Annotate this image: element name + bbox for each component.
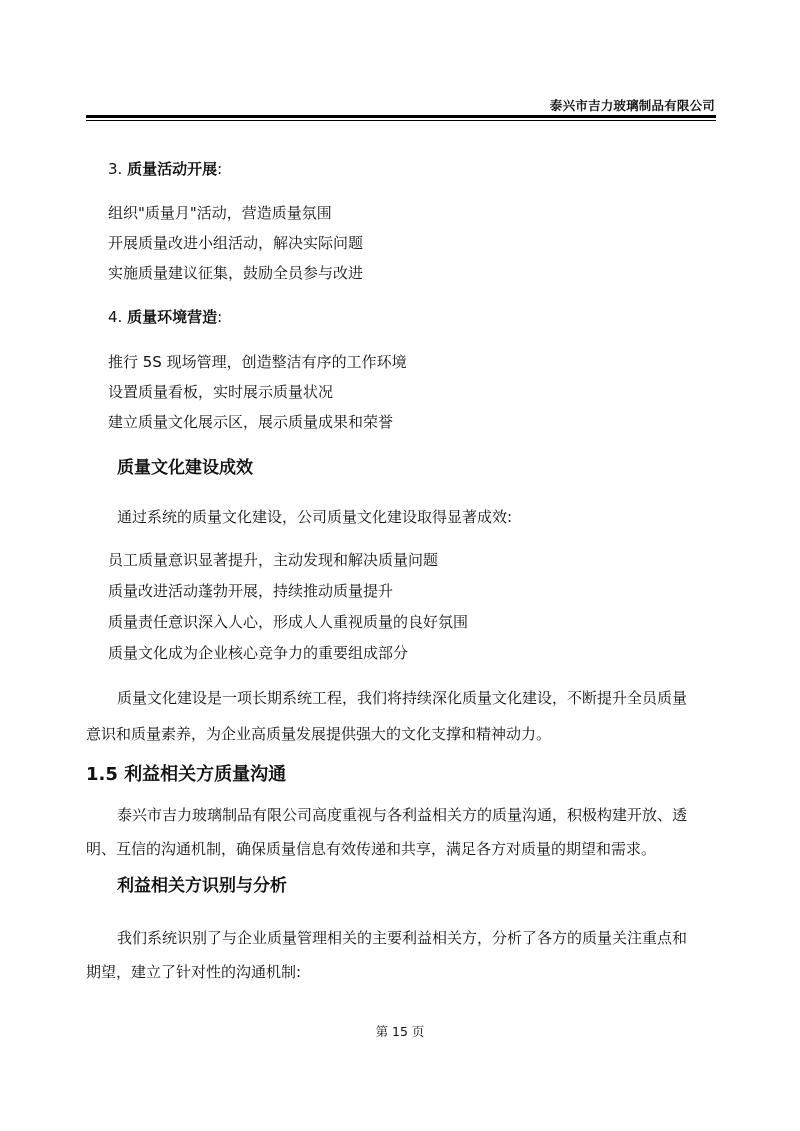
- section-3-item: 开展质量改进小组活动，解决实际问题: [108, 233, 363, 253]
- section-1-5-para-line-1: 泰兴市吉力玻璃制品有限公司高度重视与各利益相关方的质量沟通，积极构建开放、透: [117, 805, 687, 825]
- results-item: 质量责任意识深入人心，形成人人重视质量的良好氛围: [108, 612, 468, 632]
- page-number: 第 15 页: [0, 1022, 800, 1040]
- section-4-colon: :: [217, 308, 222, 326]
- results-item: 质量文化成为企业核心竞争力的重要组成部分: [108, 643, 408, 663]
- results-conclusion-line-2: 意识和质量素养，为企业高质量发展提供强大的文化支撑和精神动力。: [86, 724, 551, 744]
- section-4-item: 推行 5S 现场管理，创造整洁有序的工作环境: [108, 352, 407, 372]
- results-intro: 通过系统的质量文化建设，公司质量文化建设取得显著成效:: [117, 507, 512, 527]
- results-conclusion-line-1: 质量文化建设是一项长期系统工程，我们将持续深化质量文化建设，不断提升全员质量: [117, 688, 687, 708]
- header-rule-thin: [86, 120, 716, 121]
- results-heading: 质量文化建设成效: [117, 458, 253, 478]
- section-4-item: 建立质量文化展示区，展示质量成果和荣誉: [108, 412, 393, 432]
- section-3-title: 质量活动开展: [127, 160, 217, 178]
- stakeholders-heading: 利益相关方识别与分析: [117, 876, 287, 896]
- section-3-colon: :: [217, 160, 222, 178]
- company-header: 泰兴市吉力玻璃制品有限公司: [550, 96, 715, 114]
- results-item: 员工质量意识显著提升，主动发现和解决质量问题: [108, 550, 438, 570]
- section-4-item: 设置质量看板，实时展示质量状况: [108, 382, 333, 402]
- section-3-number: 3.: [108, 160, 122, 178]
- section-3-item: 组织"质量月"活动，营造质量氛围: [108, 203, 332, 223]
- section-1-5-para-line-2: 明、互信的沟通机制，确保质量信息有效传递和共享，满足各方对质量的期望和需求。: [86, 839, 656, 859]
- results-item: 质量改进活动蓬勃开展，持续推动质量提升: [108, 581, 393, 601]
- stakeholders-para-line-2: 期望，建立了针对性的沟通机制:: [86, 962, 301, 982]
- section-4-number: 4.: [108, 308, 122, 326]
- stakeholders-para-line-1: 我们系统识别了与企业质量管理相关的主要利益相关方，分析了各方的质量关注重点和: [117, 928, 687, 948]
- section-4-title: 质量环境营造: [127, 308, 217, 326]
- header-rule-thick: [86, 115, 716, 118]
- section-4-heading: 4. 质量环境营造:: [108, 307, 222, 327]
- section-3-heading: 3. 质量活动开展:: [108, 159, 222, 179]
- section-1-5-heading: 1.5 利益相关方质量沟通: [86, 765, 286, 785]
- section-3-item: 实施质量建议征集，鼓励全员参与改进: [108, 263, 363, 283]
